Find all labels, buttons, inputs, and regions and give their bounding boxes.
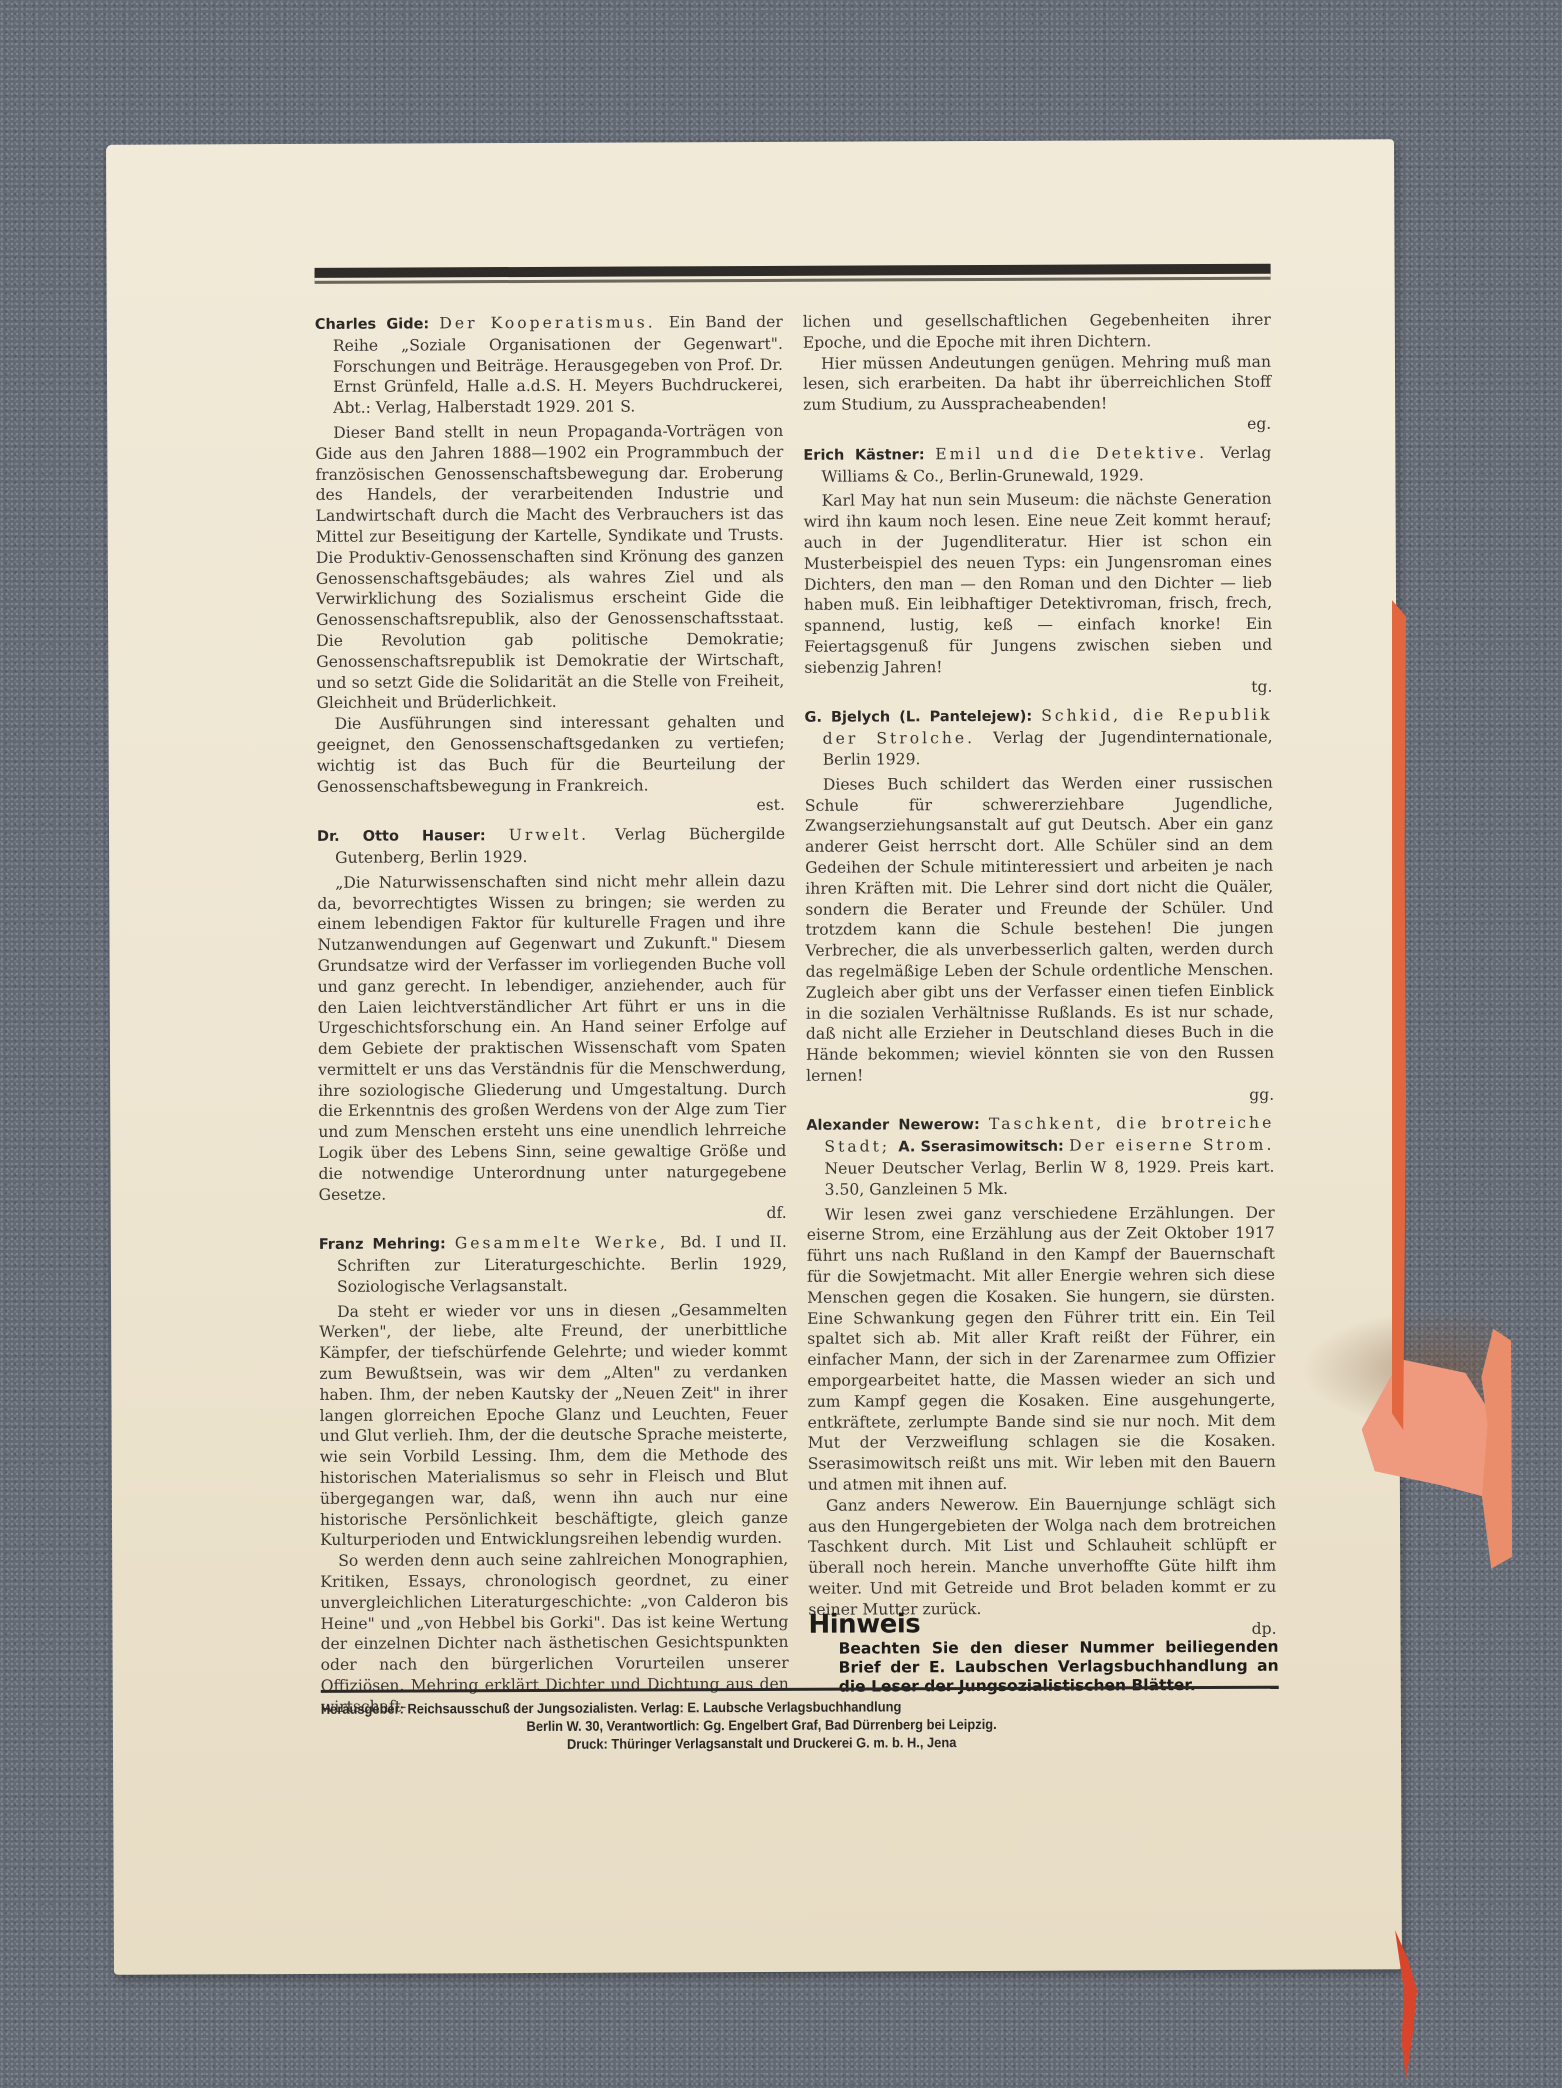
top-rule: [315, 264, 1271, 281]
review-author: Erich Kästner:: [803, 447, 935, 464]
review-paragraph: Da steht er wieder vor uns in diesen „Ge…: [319, 1300, 788, 1552]
review-paragraph: „Die Naturwissenschaften sind nicht mehr…: [317, 871, 786, 1206]
notice-box: Hinweis Beachten Sie den dieser Nummer b…: [808, 1608, 1278, 1697]
torn-edge: [1481, 1329, 1512, 1569]
review-signature: tg.: [804, 676, 1272, 699]
review-title: Urwelt.: [509, 826, 615, 844]
review-paragraph: Ganz anders Newerow. Ein Bauernjunge sch…: [808, 1494, 1277, 1621]
review-signature: eg.: [803, 414, 1271, 437]
imprint-line: Druck: Thüringer Verlagsanstalt und Druc…: [321, 1732, 1202, 1754]
review-entry: Charles Gide: Der Kooperatismus. Ein Ban…: [315, 312, 785, 818]
review-entry: Franz Mehring: Gesammelte Werke, Bd. I u…: [319, 1232, 789, 1717]
review-signature: gg.: [806, 1084, 1274, 1107]
review-title: Gesammelte Werke,: [455, 1234, 680, 1253]
red-page-edge: [1392, 600, 1406, 1430]
review-author: Franz Mehring:: [319, 1237, 455, 1254]
review-paragraph: Karl May hat nun sein Museum: die nächst…: [804, 489, 1273, 678]
review-signature: df.: [319, 1203, 787, 1226]
magazine-page: Charles Gide: Der Kooperatismus. Ein Ban…: [106, 139, 1402, 1975]
review-paragraph: Hier müssen Andeutungen genügen. Mehring…: [803, 351, 1271, 415]
review-author: Charles Gide:: [315, 316, 440, 333]
review-citation: Neuer Deutscher Verlag, Berlin W 8, 1929…: [824, 1158, 1274, 1199]
review-entry: Dr. Otto Hauser: Urwelt. Verlag Büchergi…: [317, 824, 787, 1226]
review-signature: est.: [317, 795, 785, 818]
review-author: G. Bjelych (L. Pantelejew):: [804, 709, 1041, 726]
review-entry: lichen und gesellschaftlichen Gegebenhei…: [803, 310, 1272, 437]
review-paragraph: Dieses Buch schildert das Werden einer r…: [805, 772, 1274, 1086]
red-ribbon-fragment: [1395, 1930, 1417, 2080]
review-heading: G. Bjelych (L. Pantelejew): Schkid, die …: [804, 705, 1272, 770]
review-heading: Alexander Newerow: Taschkent, die brotre…: [806, 1113, 1274, 1200]
review-paragraph: Dieser Band stellt in neun Propaganda-Vo…: [315, 421, 784, 714]
review-paragraph: Wir lesen zwei ganz verschiedene Erzählu…: [807, 1202, 1276, 1495]
review-paragraph: Die Ausführungen sind interessant gehalt…: [316, 712, 784, 797]
review-author: A. Sserasimowitsch:: [898, 1139, 1069, 1156]
notice-label: Hinweis: [808, 1609, 920, 1639]
imprint: Herausgeber: Reichsausschuß der Jungsozi…: [321, 1696, 1203, 1754]
review-author: Alexander Newerow:: [806, 1117, 989, 1134]
review-heading: Franz Mehring: Gesammelte Werke, Bd. I u…: [319, 1232, 787, 1297]
review-title: Der Kooperatismus.: [439, 313, 668, 332]
left-column: Charles Gide: Der Kooperatismus. Ein Ban…: [315, 312, 789, 1726]
review-title: Emil und die Detektive.: [935, 444, 1220, 463]
review-entry: G. Bjelych (L. Pantelejew): Schkid, die …: [804, 705, 1274, 1107]
review-entry: Alexander Newerow: Taschkent, die brotre…: [806, 1113, 1276, 1641]
review-heading: Dr. Otto Hauser: Urwelt. Verlag Büchergi…: [317, 824, 785, 869]
review-entry: Erich Kästner: Emil und die Detektive. V…: [803, 443, 1272, 700]
review-paragraph: lichen und gesellschaftlichen Gegebenhei…: [803, 310, 1271, 354]
review-heading: Erich Kästner: Emil und die Detektive. V…: [803, 443, 1271, 488]
review-heading: Charles Gide: Der Kooperatismus. Ein Ban…: [315, 312, 783, 419]
review-author: Dr. Otto Hauser:: [317, 828, 509, 845]
right-column: lichen und gesellschaftlichen Gegebenhei…: [803, 310, 1277, 1649]
review-title: Der eiserne Strom.: [1069, 1136, 1274, 1155]
